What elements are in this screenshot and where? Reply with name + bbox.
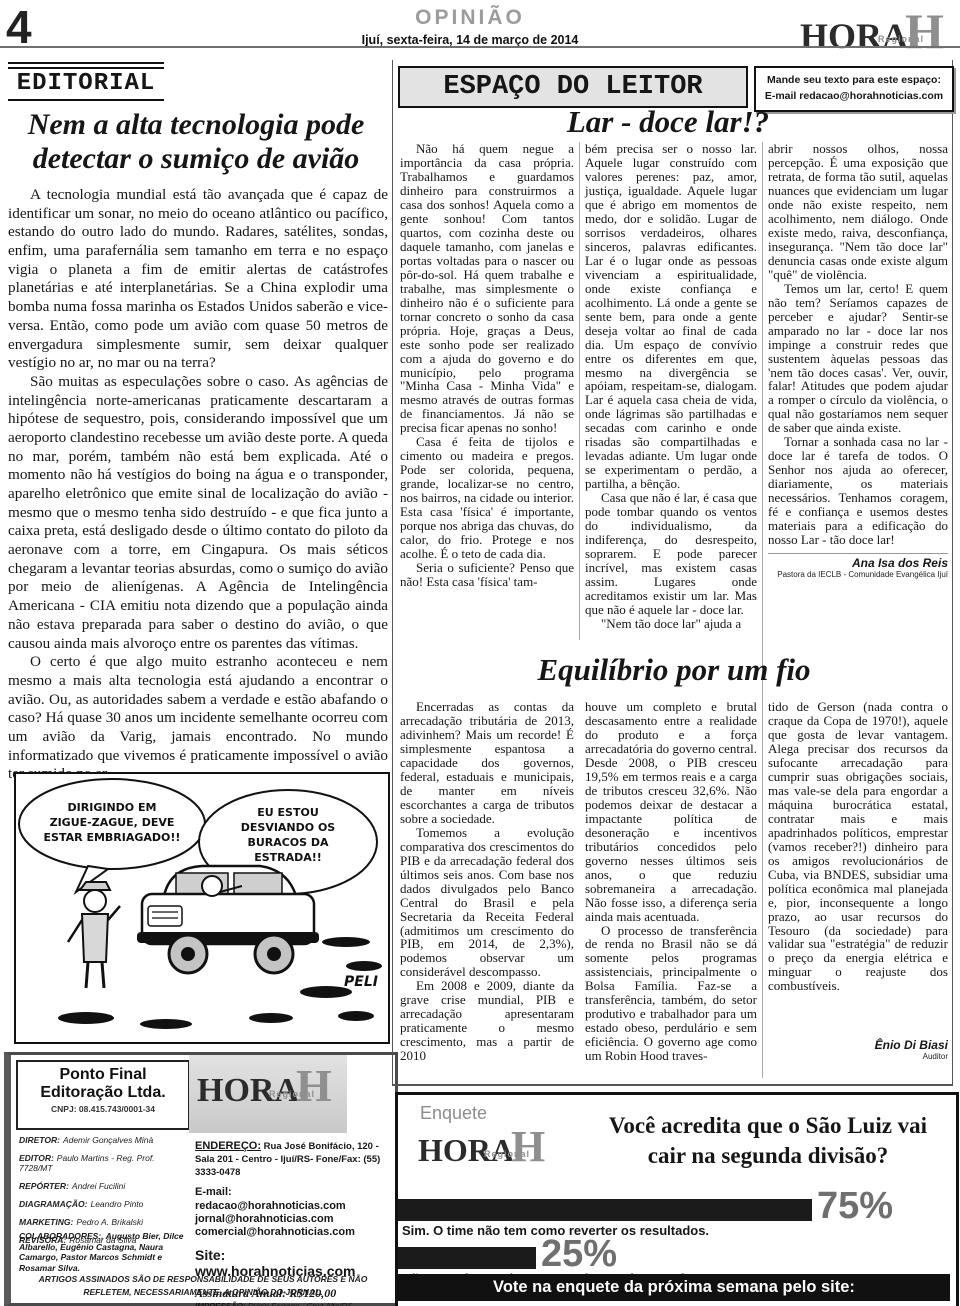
- article-title-lar: Lar - doce lar!?: [560, 104, 776, 140]
- article-paragraph: Encerradas as contas da arrecadação trib…: [400, 700, 574, 826]
- horizontal-divider: [392, 1084, 953, 1086]
- section-title: OPINIÃO: [290, 6, 650, 30]
- column-divider: [762, 142, 763, 1078]
- submit-text-box: Mande seu texto para este espaço: E-mail…: [754, 66, 954, 112]
- staff-row: MARKETING:Pedro A. Brikalski: [19, 1217, 189, 1227]
- article-paragraph: Tornar a sonhada casa no lar - doce lar …: [768, 435, 948, 547]
- svg-text:DESVIANDO OS: DESVIANDO OS: [241, 821, 336, 834]
- editorial-section-label: EDITORIAL: [8, 62, 164, 101]
- email-address: comercial@horahnoticias.com: [195, 1226, 389, 1239]
- author-name: Ênio Di Biasi: [768, 1038, 948, 1052]
- editorial-paragraph: São muitas as especulações sobre o caso.…: [8, 373, 388, 653]
- publisher-name: Ponto Final Editoração Ltda.: [18, 1066, 188, 1101]
- brand-logo: HORAH Regional: [418, 1121, 545, 1172]
- staff-row: DIAGRAMAÇÃO:Leandro Pinto: [19, 1199, 189, 1209]
- article-paragraph: Em 2008 e 2009, diante da grave crise mu…: [400, 979, 574, 1063]
- article-byline: Ênio Di Biasi Auditor: [768, 1036, 948, 1061]
- address-label: ENDEREÇO:: [195, 1140, 261, 1152]
- author-name: Ana Isa dos Reis: [768, 556, 948, 570]
- article-paragraph: Seria o suficiente? Penso que não! Esta …: [400, 561, 574, 589]
- header-divider: [0, 46, 960, 48]
- staff-row: DIRETOR:Ademir Gonçalves Minà: [19, 1135, 189, 1145]
- article-byline: Ana Isa dos Reis Pastora da IECLB - Comu…: [768, 553, 948, 579]
- brand-logo: HORAH Regional: [800, 2, 944, 60]
- article-paragraph: abrir nossos olhos, nossa percepção. É u…: [768, 142, 948, 282]
- poll-footer-banner: Vote na enquete da próxima semana pelo s…: [398, 1274, 950, 1301]
- masthead-box: Ponto Final Editoração Ltda. CNPJ: 08.41…: [4, 1052, 398, 1306]
- editorial-headline: Nem a alta tecnologia pode detectar o su…: [6, 108, 386, 176]
- staff-row: EDITOR:Paulo Martins - Reg. Prof. 7728/M…: [19, 1153, 189, 1173]
- svg-text:BURACOS DA: BURACOS DA: [247, 836, 329, 849]
- poll-question: Você acredita que o São Luiz vai cair na…: [598, 1111, 938, 1171]
- editorial-paragraph: A tecnologia mundial está tão avançada q…: [8, 186, 388, 373]
- printing-value: Diário Serrano - Cruz Alta/RS: [248, 1302, 353, 1306]
- poll-bar: [398, 1199, 812, 1221]
- edition-date: Ijuí, sexta-feira, 14 de março de 2014: [290, 33, 650, 47]
- article-paragraph: O processo de transferência de renda no …: [585, 924, 757, 1064]
- article-column: bém precisa ser o nosso lar. Aquele luga…: [585, 142, 757, 631]
- poll-option: 75% Sim. O time não tem como reverter os…: [398, 1191, 950, 1238]
- svg-text:ZIGUE-ZAGUE, DEVE: ZIGUE-ZAGUE, DEVE: [50, 816, 175, 829]
- police-officer-drawing: [68, 882, 120, 988]
- editorial-body: A tecnologia mundial está tão avançada q…: [8, 186, 388, 784]
- svg-text:DIRIGINDO EM: DIRIGINDO EM: [68, 801, 157, 814]
- logo-h-text: H: [905, 3, 944, 59]
- article-paragraph: bém precisa ser o nosso lar. Aquele luga…: [585, 142, 757, 491]
- author-role: Auditor: [768, 1052, 948, 1061]
- staff-row: REPÓRTER:Andrei Fucilini: [19, 1181, 189, 1191]
- article-title-equilibrio: Equilíbrio por um fio: [396, 652, 952, 688]
- header-center: OPINIÃO Ijuí, sexta-feira, 14 de março d…: [290, 6, 650, 47]
- article-paragraph: "Nem tão doce lar" ajuda a: [585, 617, 757, 631]
- cartoon-drawing: DIRIGINDO EM ZIGUE-ZAGUE, DEVE ESTAR EMB…: [16, 774, 384, 1038]
- svg-text:ESTAR EMBRIAGADO!!: ESTAR EMBRIAGADO!!: [44, 831, 181, 844]
- publisher-cnpj: CNPJ: 08.415.743/0001-34: [18, 1104, 188, 1114]
- column-divider: [579, 142, 580, 640]
- article-column: Encerradas as contas da arrecadação trib…: [400, 700, 574, 1063]
- svg-text:EU ESTOU: EU ESTOU: [257, 806, 319, 819]
- article-paragraph: Temos um lar, certo! E quem não tem? Ser…: [768, 282, 948, 436]
- article-paragraph: Não há quem negue a importância da casa …: [400, 142, 574, 435]
- article-paragraph: Casa que não é lar, é casa que pode tomb…: [585, 491, 757, 617]
- email-address: jornal@horahnoticias.com: [195, 1213, 389, 1226]
- article-paragraph: houve um completo e brutal descasamento …: [585, 700, 757, 924]
- masthead-logo-band: HORAH Regional: [189, 1055, 347, 1133]
- vertical-divider: [952, 60, 953, 1086]
- author-role: Pastora da IECLB - Comunidade Evangélica…: [768, 570, 948, 579]
- logo-regional-text: Regional: [878, 34, 924, 44]
- email-label: E-mail:: [195, 1186, 389, 1199]
- printing-label: IMPRESSÃO:: [195, 1302, 246, 1306]
- email-block: E-mail: redacao@horahnoticias.com jornal…: [195, 1186, 389, 1239]
- brand-logo: HORAH Regional: [197, 1059, 347, 1112]
- editorial-paragraph: O certo é que algo muito estranho aconte…: [8, 653, 388, 784]
- printing-line: IMPRESSÃO: Diário Serrano - Cruz Alta/RS: [195, 1302, 389, 1306]
- poll-bar: [398, 1247, 536, 1269]
- poll-percent: 25%: [541, 1239, 617, 1269]
- email-address: redacao@horahnoticias.com: [195, 1200, 389, 1213]
- poll-box: Enquete HORAH Regional Você acredita que…: [395, 1092, 959, 1306]
- article-paragraph: Casa é feita de tijolos e cimento ou mad…: [400, 435, 574, 561]
- article-column: tido de Gerson (nada contra o craque da …: [768, 700, 948, 993]
- collaborators-credits: COLABORADORES:, Augusto Bier, Dilce Alba…: [19, 1231, 191, 1274]
- article-paragraph: Tomemos a evolução comparativa dos cresc…: [400, 826, 574, 980]
- publisher-box: Ponto Final Editoração Ltda. CNPJ: 08.41…: [16, 1060, 190, 1130]
- editorial-cartoon: DIRIGINDO EM ZIGUE-ZAGUE, DEVE ESTAR EMB…: [14, 772, 390, 1044]
- reader-section-label: ESPAÇO DO LEITOR: [398, 66, 748, 108]
- article-column: abrir nossos olhos, nossa percepção. É u…: [768, 142, 948, 579]
- poll-percent: 75%: [817, 1191, 893, 1221]
- submit-email: E-mail redacao@horahnoticias.com: [756, 88, 952, 104]
- article-column: Não há quem negue a importância da casa …: [400, 142, 574, 589]
- svg-text:ESTRADA!!: ESTRADA!!: [254, 851, 322, 864]
- article-column: houve um completo e brutal descasamento …: [585, 700, 757, 1063]
- cartoonist-signature: PELI: [344, 974, 378, 990]
- newspaper-page: 4 OPINIÃO Ijuí, sexta-feira, 14 de março…: [0, 0, 960, 1306]
- address-line: ENDEREÇO: Rua José Bonifácio, 120 - Sala…: [195, 1139, 389, 1179]
- signed-articles-disclaimer: ARTIGOS ASSINADOS SÃO DE RESPONSABILIDAD…: [21, 1273, 385, 1299]
- submit-instruction: Mande seu texto para este espaço:: [756, 72, 952, 88]
- vertical-divider: [392, 60, 393, 1086]
- article-paragraph: tido de Gerson (nada contra o craque da …: [768, 700, 948, 993]
